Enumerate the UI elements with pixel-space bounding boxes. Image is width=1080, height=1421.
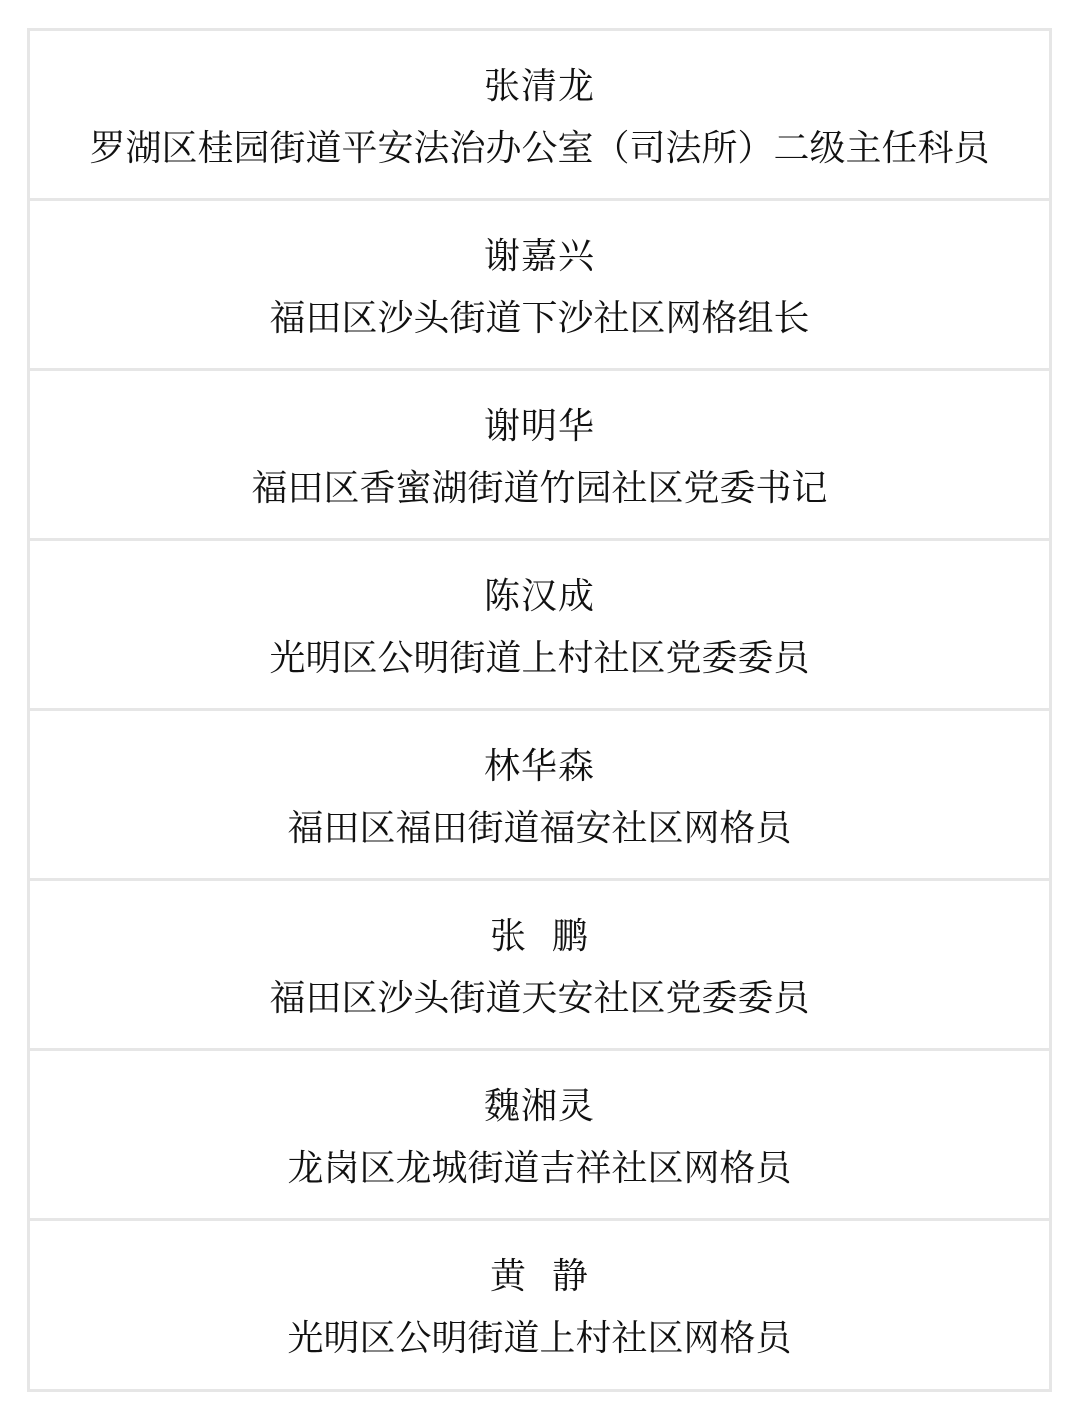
person-name: 张清龙 [484,67,595,107]
table-row: 林华森 福田区福田街道福安社区网格员 [30,711,1049,881]
person-name: 林华森 [484,747,595,787]
person-name: 张 鹏 [490,917,589,957]
table-row: 黄 静 光明区公明街道上村社区网格员 [30,1221,1049,1389]
person-name: 魏湘灵 [484,1087,595,1127]
table-row: 张清龙 罗湖区桂园街道平安法治办公室（司法所）二级主任科员 [30,31,1049,201]
table-row: 陈汉成 光明区公明街道上村社区党委委员 [30,541,1049,711]
person-title: 福田区香蜜湖街道竹园社区党委书记 [251,469,827,509]
table-row: 魏湘灵 龙岗区龙城街道吉祥社区网格员 [30,1051,1049,1221]
person-title: 福田区沙头街道天安社区党委委员 [269,979,809,1019]
honor-list-table: 张清龙 罗湖区桂园街道平安法治办公室（司法所）二级主任科员 谢嘉兴 福田区沙头街… [27,28,1052,1392]
person-title: 福田区福田街道福安社区网格员 [287,809,791,849]
person-title: 福田区沙头街道下沙社区网格组长 [269,299,809,339]
person-title: 光明区公明街道上村社区网格员 [287,1319,791,1359]
person-name: 陈汉成 [484,577,595,617]
table-row: 谢明华 福田区香蜜湖街道竹园社区党委书记 [30,371,1049,541]
person-name: 黄 静 [490,1257,589,1297]
person-title: 光明区公明街道上村社区党委委员 [269,639,809,679]
person-title: 龙岗区龙城街道吉祥社区网格员 [287,1149,791,1189]
table-row: 谢嘉兴 福田区沙头街道下沙社区网格组长 [30,201,1049,371]
person-title: 罗湖区桂园街道平安法治办公室（司法所）二级主任科员 [89,129,989,169]
person-name: 谢嘉兴 [484,237,595,277]
table-row: 张 鹏 福田区沙头街道天安社区党委委员 [30,881,1049,1051]
person-name: 谢明华 [484,407,595,447]
